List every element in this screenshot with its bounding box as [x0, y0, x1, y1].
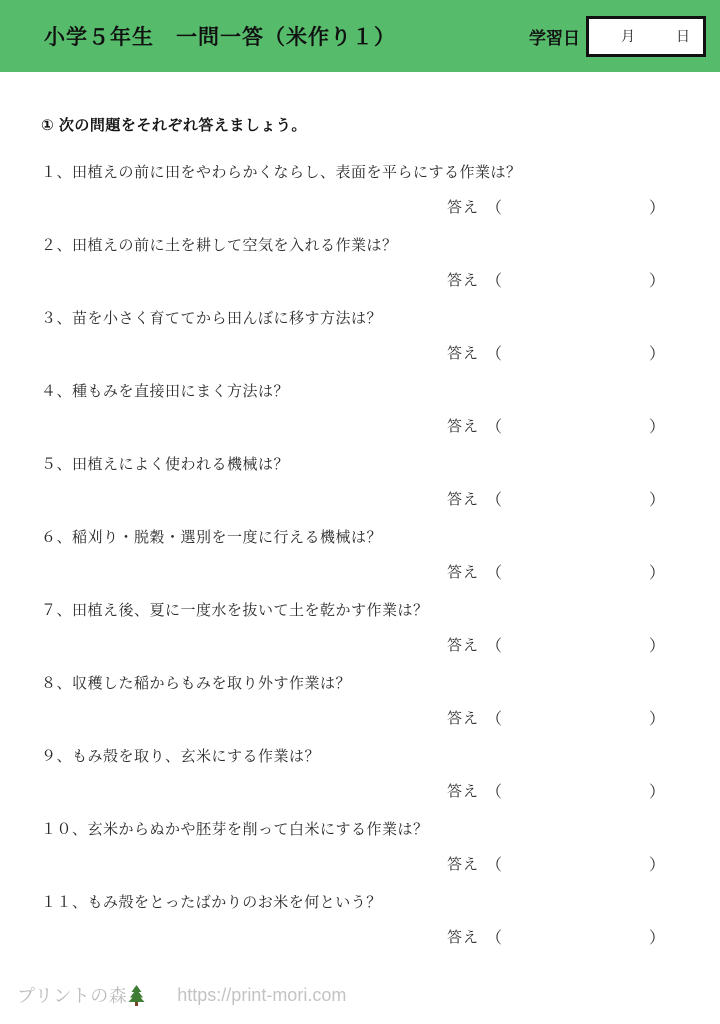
answer-blank[interactable] [502, 270, 649, 290]
answer-paren-open: （ [486, 341, 502, 364]
question-text: ２、田植えの前に土を耕して空気を入れる作業は？ [41, 234, 691, 255]
answer-paren-close: ） [649, 268, 665, 291]
site-url: https://print-mori.com [177, 985, 346, 1006]
question-list: １、田植えの前に田をやわらかくならし、表面を平らにする作業は？ 答え （ ） ２… [41, 161, 691, 964]
answer-paren-close: ） [649, 487, 665, 510]
answer-row: 答え （ ） [447, 341, 665, 364]
answer-paren-close: ） [649, 633, 665, 656]
answer-paren-close: ） [649, 414, 665, 437]
question-block-10: １０、玄米からぬかや胚芽を削って白米にする作業は？ 答え （ ） [41, 818, 691, 891]
pine-tree-icon [128, 985, 145, 1006]
answer-paren-close: ） [649, 560, 665, 583]
answer-row: 答え （ ） [447, 706, 665, 729]
answer-row: 答え （ ） [447, 487, 665, 510]
answer-blank[interactable] [502, 562, 649, 582]
answer-label: 答え [447, 780, 479, 801]
footer: プリントの森 https://print-mori.com [17, 982, 346, 1008]
question-block-9: ９、もみ殻を取り、玄米にする作業は？ 答え （ ） [41, 745, 691, 818]
answer-label: 答え [447, 196, 479, 217]
question-text: ７、田植え後、夏に一度水を抜いて土を乾かす作業は？ [41, 599, 691, 620]
answer-label: 答え [447, 853, 479, 874]
answer-row: 答え （ ） [447, 779, 665, 802]
answer-row: 答え （ ） [447, 925, 665, 948]
answer-blank[interactable] [502, 854, 649, 874]
answer-row: 答え （ ） [447, 414, 665, 437]
answer-label: 答え [447, 488, 479, 509]
question-text: １、田植えの前に田をやわらかくならし、表面を平らにする作業は？ [41, 161, 691, 182]
answer-label: 答え [447, 561, 479, 582]
answer-blank[interactable] [502, 635, 649, 655]
site-name: プリントの森 [17, 982, 127, 1008]
answer-row: 答え （ ） [447, 560, 665, 583]
study-date-box[interactable]: 月 日 [586, 16, 706, 57]
answer-paren-open: （ [486, 195, 502, 218]
answer-blank[interactable] [502, 489, 649, 509]
month-label: 月 [621, 26, 635, 46]
answer-paren-open: （ [486, 487, 502, 510]
answer-label: 答え [447, 634, 479, 655]
answer-paren-close: ） [649, 925, 665, 948]
answer-paren-open: （ [486, 706, 502, 729]
answer-label: 答え [447, 926, 479, 947]
header-bar: 小学５年生 一問一答（米作り１） 学習日 月 日 [0, 0, 720, 72]
answer-paren-open: （ [486, 414, 502, 437]
question-block-5: ５、田植えによく使われる機械は？ 答え （ ） [41, 453, 691, 526]
answer-paren-close: ） [649, 779, 665, 802]
worksheet-page: 小学５年生 一問一答（米作り１） 学習日 月 日 ① 次の問題をそれぞれ答えまし… [0, 0, 720, 1024]
day-label: 日 [676, 26, 690, 46]
answer-paren-open: （ [486, 560, 502, 583]
question-text: ３、苗を小さく育ててから田んぼに移す方法は？ [41, 307, 691, 328]
question-text: ４、種もみを直接田にまく方法は？ [41, 380, 691, 401]
answer-paren-close: ） [649, 195, 665, 218]
question-text: ９、もみ殻を取り、玄米にする作業は？ [41, 745, 691, 766]
question-text: １０、玄米からぬかや胚芽を削って白米にする作業は？ [41, 818, 691, 839]
question-block-3: ３、苗を小さく育ててから田んぼに移す方法は？ 答え （ ） [41, 307, 691, 380]
question-block-1: １、田植えの前に田をやわらかくならし、表面を平らにする作業は？ 答え （ ） [41, 161, 691, 234]
answer-paren-close: ） [649, 706, 665, 729]
question-block-8: ８、収穫した稲からもみを取り外す作業は？ 答え （ ） [41, 672, 691, 745]
answer-row: 答え （ ） [447, 268, 665, 291]
answer-row: 答え （ ） [447, 195, 665, 218]
study-date-label: 学習日 [529, 24, 580, 49]
question-block-4: ４、種もみを直接田にまく方法は？ 答え （ ） [41, 380, 691, 453]
answer-blank[interactable] [502, 197, 649, 217]
answer-paren-open: （ [486, 268, 502, 291]
answer-label: 答え [447, 707, 479, 728]
answer-paren-open: （ [486, 633, 502, 656]
answer-paren-open: （ [486, 779, 502, 802]
answer-label: 答え [447, 415, 479, 436]
instruction-text: ① 次の問題をそれぞれ答えましょう。 [41, 114, 307, 135]
question-text: ８、収穫した稲からもみを取り外す作業は？ [41, 672, 691, 693]
answer-blank[interactable] [502, 781, 649, 801]
answer-label: 答え [447, 269, 479, 290]
answer-label: 答え [447, 342, 479, 363]
answer-blank[interactable] [502, 416, 649, 436]
answer-paren-open: （ [486, 852, 502, 875]
question-block-11: １１、もみ殻をとったばかりのお米を何という？ 答え （ ） [41, 891, 691, 964]
question-block-6: ６、稲刈り・脱穀・選別を一度に行える機械は？ 答え （ ） [41, 526, 691, 599]
page-title: 小学５年生 一問一答（米作り１） [44, 21, 396, 51]
question-block-7: ７、田植え後、夏に一度水を抜いて土を乾かす作業は？ 答え （ ） [41, 599, 691, 672]
answer-blank[interactable] [502, 708, 649, 728]
answer-paren-close: ） [649, 341, 665, 364]
question-text: ６、稲刈り・脱穀・選別を一度に行える機械は？ [41, 526, 691, 547]
answer-blank[interactable] [502, 343, 649, 363]
answer-blank[interactable] [502, 927, 649, 947]
answer-row: 答え （ ） [447, 852, 665, 875]
answer-row: 答え （ ） [447, 633, 665, 656]
question-block-2: ２、田植えの前に土を耕して空気を入れる作業は？ 答え （ ） [41, 234, 691, 307]
answer-paren-open: （ [486, 925, 502, 948]
question-text: ５、田植えによく使われる機械は？ [41, 453, 691, 474]
question-text: １１、もみ殻をとったばかりのお米を何という？ [41, 891, 691, 912]
answer-paren-close: ） [649, 852, 665, 875]
